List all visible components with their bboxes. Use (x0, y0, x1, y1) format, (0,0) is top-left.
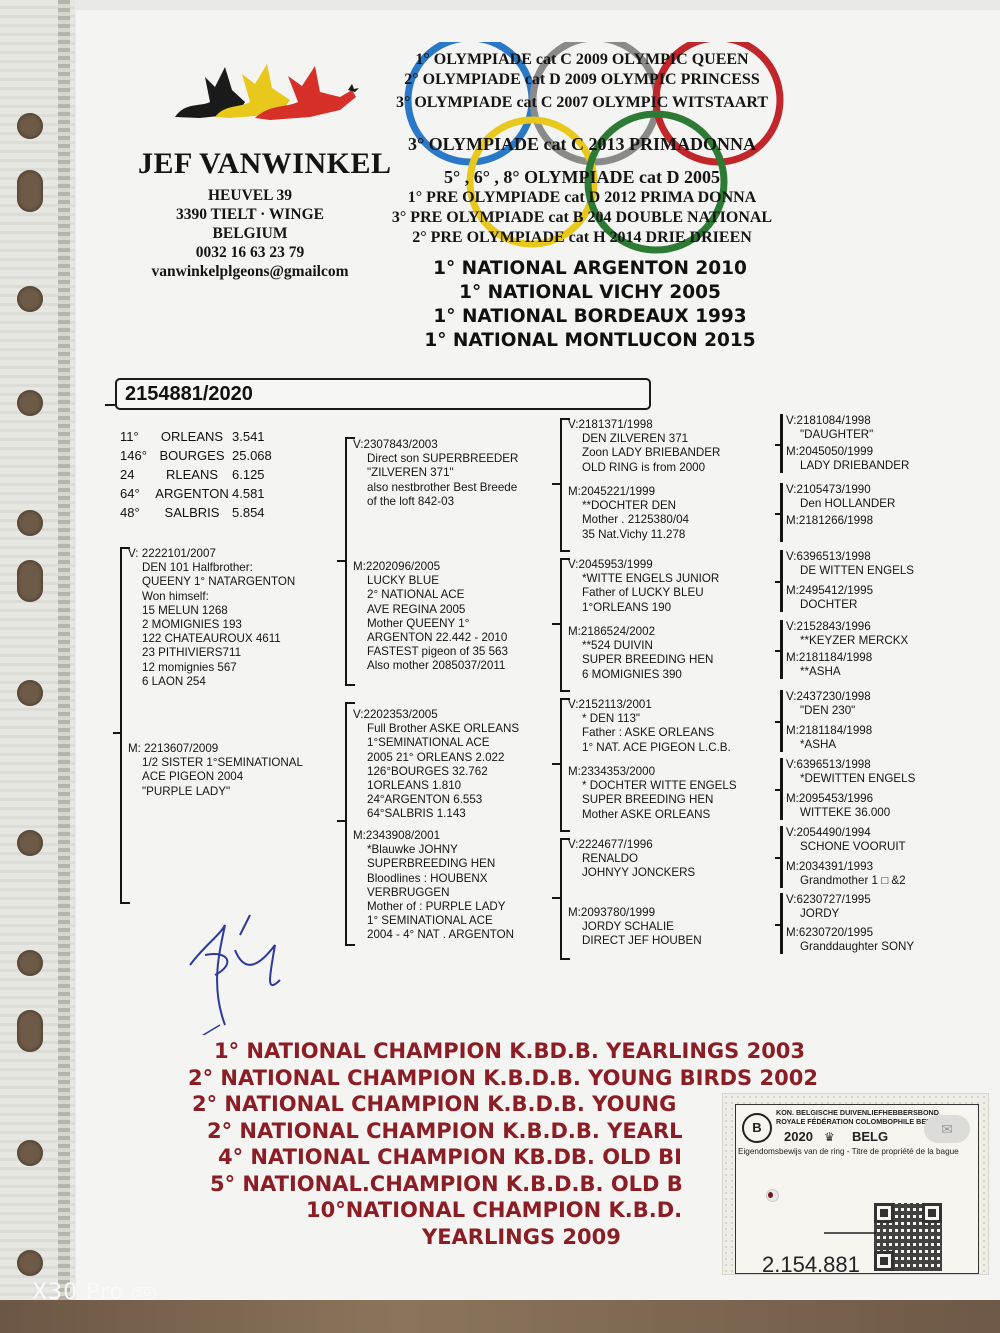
pedigree-connector (775, 444, 783, 446)
pedigree-note: Bloodlines : HOUBENX (353, 872, 514, 886)
ring-number: M:6230720/1995 (786, 926, 914, 940)
pigeon-ring-number: 2154881/2020 (125, 383, 253, 406)
pedigree-note: Mother of : PURPLE LADY (353, 900, 514, 914)
punch-hole (17, 286, 43, 312)
olympiad-line: 5° , 6° , 8° OLYMPIADE cat D 2005 (372, 166, 792, 188)
punch-hole (17, 680, 43, 706)
sire-ancestor-entry: V:2437230/1998"DEN 230" (786, 690, 871, 718)
olympiad-line: 3° OLYMPIADE cat C 2007 OLYMPIC WITSTAAR… (372, 90, 792, 116)
pedigree-note: 12 momignies 567 (128, 661, 295, 675)
race-result-row: 64°ARGENTON4.581 (120, 484, 282, 503)
address-street: HEUVEL 39 (130, 186, 370, 205)
ring-number: V:2152843/1996 (786, 620, 908, 634)
pedigree-note: ACE PIGEON 2004 (128, 770, 303, 784)
punch-hole (17, 1140, 43, 1166)
pedigree-note: Also mother 2085037/2011 (353, 659, 508, 673)
race-name: RLEANS (152, 465, 232, 484)
sire-ancestor-entry: V:2054490/1994SCHONE VOORUIT (786, 826, 906, 854)
pedigree-note: Mother . 2125380/04 (568, 513, 689, 527)
camera-model: X30 Pro (32, 1280, 124, 1305)
ring-number: V:2181371/1998 (568, 418, 720, 432)
pedigree-note: "DAUGHTER" (786, 428, 873, 442)
ring-number: M:2186524/2002 (568, 625, 713, 639)
ring-number: M:2202096/2005 (353, 560, 508, 574)
ring-number: V:6230727/1995 (786, 893, 871, 907)
granddam-entry: M:2343908/2001*Blauwke JOHNYSUPERBREEDIN… (353, 829, 514, 943)
pedigree-note: **524 DUIVIN (568, 639, 713, 653)
race-position: 146° (120, 446, 152, 465)
pedigree-note: LADY DRIEBANDER (786, 459, 909, 473)
pedigree-note: 122 CHATEAUROUX 4611 (128, 632, 295, 646)
granddam-entry: M:2202096/2005LUCKY BLUE2° NATIONAL ACEA… (353, 560, 508, 674)
pedigree-note: JOHNYY JONCKERS (568, 866, 695, 880)
sire-ancestor-entry: V:2224677/1996RENALDOJOHNYY JONCKERS (568, 838, 695, 881)
pedigree-note: 2005 21° ORLEANS 2.022 (353, 751, 519, 765)
dam-ancestor-entry: M:2093780/1999JORDY SCHALIEDIRECT JEF HO… (568, 906, 702, 949)
punch-hole (17, 170, 43, 212)
address-city: 3390 TIELT · WINGE (130, 205, 370, 224)
pedigree-note: 6 LAON 254 (128, 675, 295, 689)
pedigree-connector (775, 924, 783, 926)
ring-number: M:2095453/1996 (786, 792, 890, 806)
pedigree-note: *ASHA (786, 738, 872, 752)
pedigree-note: ARGENTON 22.442 - 2010 (353, 631, 508, 645)
sire-entry: V: 2222101/2007DEN 101 Halfbrother:QUEEN… (128, 547, 295, 689)
ring-ownership-certificate: B KON. BELGISCHE DUIVENLIEFHEBBERSBOND R… (722, 1093, 989, 1275)
pedigree-note: 64°SALBRIS 1.143 (353, 807, 519, 821)
address-country: BELGIUM (130, 224, 370, 243)
punch-hole (17, 113, 43, 139)
sire-ancestor-entry: V:6396513/1998*DEWITTEN ENGELS (786, 758, 915, 786)
pedigree-note: QUEENY 1° NATARGENTON (128, 575, 295, 589)
race-result-row: 11°ORLEANS3.541 (120, 427, 282, 446)
pedigree-note: 1° SEMINATIONAL ACE (353, 914, 514, 928)
race-name: ARGENTON (152, 484, 232, 503)
pedigree-note: DE WITTEN ENGELS (786, 564, 914, 578)
dam-ancestor-entry: M:2181184/1998*ASHA (786, 724, 872, 752)
pedigree-note: FASTEST pigeon of 35 563 (353, 645, 508, 659)
sire-ancestor-entry: V:2181371/1998DEN ZILVEREN 371Zoon LADY … (568, 418, 720, 475)
race-position: 64° (120, 484, 152, 503)
national-win: 1° NATIONAL BORDEAUX 1993 (400, 305, 780, 329)
crown-icon: ♛ (824, 1130, 835, 1144)
pedigree-note: VERBRUGGEN (353, 886, 514, 900)
pedigree-note: 23 PITHIVIERS711 (128, 646, 295, 660)
pedigree-note: "PURPLE LADY" (128, 785, 303, 799)
pedigree-note: Mother QUEENY 1° (353, 617, 508, 631)
dam-entry: M: 2213607/20091/2 SISTER 1°SEMINATIONAL… (128, 742, 303, 799)
certificate-organization: KON. BELGISCHE DUIVENLIEFHEBBERSBOND ROY… (776, 1108, 941, 1126)
olympiad-line: 3° OLYMPIADE cat C 2013 PRIMADONNA (372, 122, 792, 166)
pedigree-connector (113, 732, 121, 734)
org-name-dutch: KON. BELGISCHE DUIVENLIEFHEBBERSBOND (776, 1108, 941, 1117)
pedigree-note: WITTEKE 36.000 (786, 806, 890, 820)
pedigree-note: 2 MOMIGNIES 193 (128, 618, 295, 632)
race-position: 48° (120, 503, 152, 522)
national-win: 1° NATIONAL MONTLUCON 2015 (400, 329, 780, 353)
sire-ancestor-entry: V:2045953/1999*WITTE ENGELS JUNIORFather… (568, 558, 719, 615)
ring-number: M:2181184/1998 (786, 651, 872, 665)
olympiad-line: 1° OLYMPIADE cat C 2009 OLYMPIC QUEEN (372, 50, 792, 70)
championship-line: 1° NATIONAL CHAMPION K.BD.B. YEARLINGS 2… (180, 1038, 880, 1065)
punch-hole (17, 1250, 43, 1276)
sire-ancestor-entry: V:2152113/2001* DEN 113"Father : ASKE OR… (568, 698, 731, 755)
national-wins: 1° NATIONAL ARGENTON 2010 1° NATIONAL VI… (400, 257, 780, 353)
ring-number: M:2181184/1998 (786, 724, 872, 738)
pedigree-note: Full Brother ASKE ORLEANS (353, 722, 519, 736)
ring-number: M: 2213607/2009 (128, 742, 303, 756)
pedigree-connector (775, 857, 783, 859)
certificate-country: BELG (852, 1129, 888, 1144)
federation-emblem-icon: ✉ (924, 1115, 970, 1143)
pedigree-note: DEN 101 Halfbrother: (128, 561, 295, 575)
race-position: 24 (120, 465, 152, 484)
pedigree-note: DEN ZILVEREN 371 (568, 432, 720, 446)
race-participants: 5.854 (232, 503, 282, 522)
pedigree-note: DOCHTER (786, 598, 873, 612)
pedigree-connector (337, 820, 345, 822)
grandsire-entry: V:2202353/2005Full Brother ASKE ORLEANS1… (353, 708, 519, 822)
pedigree-note: Granddaughter SONY (786, 940, 914, 954)
dam-ancestor-entry: M:2334353/2000* DOCHTER WITTE ENGELSSUPE… (568, 765, 737, 822)
certificate-title: Eigendomsbewijs van de ring - Titre de p… (738, 1147, 959, 1156)
ring-number: V:2437230/1998 (786, 690, 871, 704)
sire-ancestor-entry: V:2152843/1996**KEYZER MERCKX (786, 620, 908, 648)
ring-number: V:2045953/1999 (568, 558, 719, 572)
ring-number: V:2307843/2003 (353, 438, 518, 452)
pedigree-note: Direct son SUPERBREEDER (353, 452, 518, 466)
race-name: BOURGES (152, 446, 232, 465)
ring-number: M:2495412/1995 (786, 584, 873, 598)
pedigree-note: "ZILVEREN 371" (353, 466, 518, 480)
punch-hole (17, 510, 43, 536)
sire-ancestor-entry: V:2181084/1998"DAUGHTER" (786, 414, 873, 442)
email-address: vanwinkelplgeons@gmailcom (130, 262, 370, 281)
pedigree-connector (552, 483, 560, 485)
dam-ancestor-entry: M:2181184/1998**ASHA (786, 651, 872, 679)
punch-hole (17, 830, 43, 856)
olympiad-line: 2° PRE OLYMPIADE cat H 2014 DRIE DRIEEN (372, 228, 792, 248)
race-participants: 25.068 (232, 446, 282, 465)
punch-hole (17, 950, 43, 976)
certificate-frame: B KON. BELGISCHE DUIVENLIEFHEBBERSBOND R… (735, 1104, 979, 1274)
grandsire-entry: V:2307843/2003Direct son SUPERBREEDER"ZI… (353, 438, 518, 509)
pedigree-note: *Blauwke JOHNY (353, 843, 514, 857)
pedigree-note: 1/2 SISTER 1°SEMINATIONAL (128, 756, 303, 770)
pedigree-note: Zoon LADY BRIEBANDER (568, 446, 720, 460)
race-participants: 3.541 (232, 427, 282, 446)
pedigree-note: *DEWITTEN ENGELS (786, 772, 915, 786)
dam-ancestor-entry: M:6230720/1995Granddaughter SONY (786, 926, 914, 954)
pedigree-note: SCHONE VOORUIT (786, 840, 906, 854)
pedigree-note: Won himself: (128, 590, 295, 604)
punch-hole (17, 1010, 43, 1052)
pedigree-note: RENALDO (568, 852, 695, 866)
sleeve-seam (58, 0, 70, 1300)
ring-number: M:2093780/1999 (568, 906, 702, 920)
pedigree-note: **KEYZER MERCKX (786, 634, 908, 648)
dam-ancestor-entry: M:2034391/1993Grandmother 1 □ &2 (786, 860, 906, 888)
pedigree-note: Mother ASKE ORLEANS (568, 808, 737, 822)
pedigree-note: 1° NAT. ACE PIGEON L.C.B. (568, 741, 731, 755)
signature-line (824, 1232, 876, 1234)
ring-number: M:2334353/2000 (568, 765, 737, 779)
ring-number: M:2045050/1999 (786, 445, 909, 459)
pedigree-note: SUPER BREEDING HEN (568, 653, 713, 667)
phone-number: 0032 16 63 23 79 (130, 243, 370, 262)
ring-number: V:6396513/1998 (786, 550, 914, 564)
ring-number: V:2105473/1990 (786, 483, 895, 497)
dam-ancestor-entry: M:2045221/1999**DOCHTER DENMother . 2125… (568, 485, 689, 542)
pedigree-note: 2004 - 4° NAT . ARGENTON (353, 928, 514, 942)
ring-number: M:2343908/2001 (353, 829, 514, 843)
pedigree-note: 6 MOMIGNIES 390 (568, 668, 713, 682)
race-result-row: 48°SALBRIS5.854 (120, 503, 282, 522)
pedigree-note: 1ORLEANS 1.810 (353, 779, 519, 793)
pedigree-note: LUCKY BLUE (353, 574, 508, 588)
sire-ancestor-entry: V:6230727/1995JORDY (786, 893, 871, 921)
dam-ancestor-entry: M:2186524/2002**524 DUIVINSUPER BREEDING… (568, 625, 713, 682)
national-win: 1° NATIONAL ARGENTON 2010 (400, 257, 780, 281)
pedigree-note: *WITTE ENGELS JUNIOR (568, 572, 719, 586)
qr-code (874, 1203, 942, 1271)
pedigree-note: Grandmother 1 □ &2 (786, 874, 906, 888)
ring-number: V:2224677/1996 (568, 838, 695, 852)
pedigree-note: of the loft 842-03 (353, 495, 518, 509)
pigeon-race-results: 11°ORLEANS3.541146°BOURGES25.06824RLEANS… (120, 427, 282, 522)
pedigree-note: Father of LUCKY BLEU (568, 586, 719, 600)
pedigree-connector (552, 897, 560, 899)
race-name: SALBRIS (152, 503, 232, 522)
pedigree-note: 15 MELUN 1268 (128, 604, 295, 618)
pedigree-note: AVE REGINA 2005 (353, 603, 508, 617)
breeder-name: JEF VANWINKEL (138, 147, 392, 181)
olympiad-results: 1° OLYMPIADE cat C 2009 OLYMPIC QUEEN 2°… (372, 50, 792, 248)
pedigree-connector (775, 513, 783, 515)
pedigree-note: also nestbrother Best Breede (353, 481, 518, 495)
ring-number: V:6396513/1998 (786, 758, 915, 772)
camera-watermark: X30 Pro5G (32, 1280, 156, 1305)
pigeon-ring-number-box: 2154881/2020 (115, 378, 651, 410)
olympiad-line: 3° PRE OLYMPIADE cat B 204 DOUBLE NATION… (372, 208, 792, 228)
race-result-row: 24RLEANS6.125 (120, 465, 282, 484)
ring-number: M:2045221/1999 (568, 485, 689, 499)
pedigree-note: 24°ARGENTON 6.553 (353, 793, 519, 807)
pedigree-note: JORDY SCHALIE (568, 920, 702, 934)
pedigree-connector (775, 581, 783, 583)
ring-number: V:2054490/1994 (786, 826, 906, 840)
pedigree-note: DIRECT JEF HOUBEN (568, 934, 702, 948)
championship-line: 2° NATIONAL CHAMPION K.B.D.B. YOUNG BIRD… (180, 1065, 880, 1092)
sire-ancestor-entry: V:6396513/1998DE WITTEN ENGELS (786, 550, 914, 578)
race-result-row: 146°BOURGES25.068 (120, 446, 282, 465)
pedigree-connector (337, 560, 345, 562)
pedigree-connector (552, 623, 560, 625)
pedigree-note: 1°SEMINATIONAL ACE (353, 736, 519, 750)
pedigree-note: SUPERBREEDING HEN (353, 857, 514, 871)
certificate-ring-number: 2.154.881 (762, 1252, 860, 1278)
ring-number: V:2181084/1998 (786, 414, 873, 428)
pedigree-note: Den HOLLANDER (786, 497, 895, 511)
pedigree-note: "DEN 230" (786, 704, 871, 718)
dam-ancestor-entry: M:2181266/1998 (786, 514, 873, 528)
pedigree-note: JORDY (786, 907, 871, 921)
punch-hole (17, 560, 43, 602)
connector-line (105, 404, 115, 406)
pedigree-note: SUPER BREEDING HEN (568, 793, 737, 807)
belgian-flag-pigeons-logo (170, 62, 360, 122)
pedigree-note: 1°ORLEANS 190 (568, 601, 719, 615)
dam-ancestor-entry: M:2495412/1995DOCHTER (786, 584, 873, 612)
ring-number: V:2152113/2001 (568, 698, 731, 712)
pedigree-note: * DEN 113" (568, 712, 731, 726)
pedigree-connector (552, 763, 560, 765)
punch-hole (17, 390, 43, 416)
pedigree-note: 126°BOURGES 32.762 (353, 765, 519, 779)
pedigree-note: Father : ASKE ORLEANS (568, 726, 731, 740)
breeder-address: HEUVEL 39 3390 TIELT · WINGE BELGIUM 003… (130, 186, 370, 281)
national-win: 1° NATIONAL VICHY 2005 (400, 281, 780, 305)
pedigree-note: **DOCHTER DEN (568, 499, 689, 513)
ring-number: V: 2222101/2007 (128, 547, 295, 561)
olympiad-line: 1° PRE OLYMPIADE cat D 2012 PRIMA DONNA (372, 188, 792, 208)
race-participants: 6.125 (232, 465, 282, 484)
kbdb-logo-icon: B (742, 1113, 772, 1143)
sire-ancestor-entry: V:2105473/1990Den HOLLANDER (786, 483, 895, 511)
ring-number: M:2181266/1998 (786, 514, 873, 528)
certificate-punch-hole (766, 1189, 779, 1202)
pedigree-note: OLD RING is from 2000 (568, 461, 720, 475)
dam-ancestor-entry: M:2095453/1996WITTEKE 36.000 (786, 792, 890, 820)
pedigree-note: 2° NATIONAL ACE (353, 588, 508, 602)
certificate-year: 2020 (784, 1129, 813, 1144)
handwritten-signature (180, 905, 310, 1035)
org-name-french: ROYALE FÉDÉRATION COLOMBOPHILE BELGE (776, 1117, 941, 1126)
pedigree-note: * DOCHTER WITTE ENGELS (568, 779, 737, 793)
ring-number: V:2202353/2005 (353, 708, 519, 722)
pedigree-note: 35 Nat.Vichy 11.278 (568, 528, 689, 542)
race-position: 11° (120, 427, 152, 446)
pedigree-connector (775, 789, 783, 791)
olympiad-line: 2° OLYMPIADE cat D 2009 OLYMPIC PRINCESS (372, 70, 792, 90)
5g-badge: 5G (132, 1287, 156, 1300)
race-name: ORLEANS (152, 427, 232, 446)
dam-ancestor-entry: M:2045050/1999LADY DRIEBANDER (786, 445, 909, 473)
pedigree-note: **ASHA (786, 665, 872, 679)
race-participants: 4.581 (232, 484, 282, 503)
pedigree-connector (775, 721, 783, 723)
ring-number: M:2034391/1993 (786, 860, 906, 874)
pedigree-connector (775, 650, 783, 652)
